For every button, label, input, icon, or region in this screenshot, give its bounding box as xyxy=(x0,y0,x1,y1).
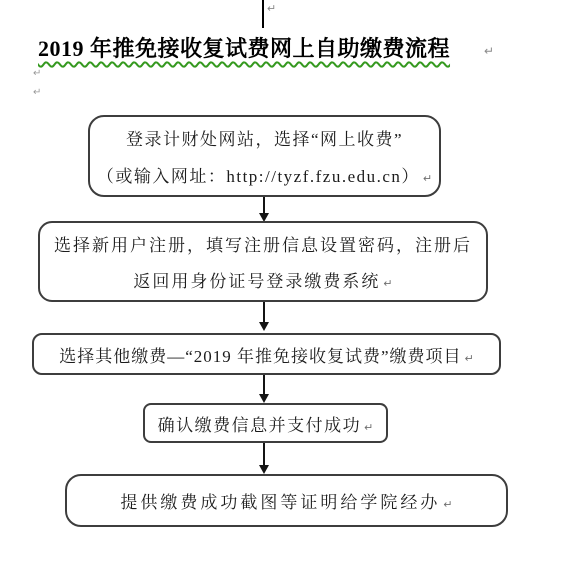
arrow-shaft xyxy=(263,375,265,394)
paragraph-mark-icon: ↵ xyxy=(383,278,392,290)
arrow-shaft xyxy=(263,197,265,213)
flow-arrow-down xyxy=(258,302,270,331)
flow-step-submit-proof: 提供缴费成功截图等证明给学院经办↵ xyxy=(65,474,508,527)
flow-arrow-down xyxy=(258,443,270,474)
paragraph-mark-icon: ↵ xyxy=(484,44,494,59)
paragraph-mark-icon: ↵ xyxy=(33,68,41,79)
paragraph-mark-icon: ↵ xyxy=(465,353,474,365)
flow-step-confirm-and-pay: 确认缴费信息并支付成功↵ xyxy=(143,403,388,443)
flow-arrow-down xyxy=(258,197,270,222)
flow-step-register-account: 选择新用户注册，填写注册信息设置密码，注册后 返回用身份证号登录缴费系统↵ xyxy=(38,221,488,302)
flow-step-text: （或输入网址：http://tyzf.fzu.edu.cn）↵ xyxy=(97,162,432,187)
flow-step-select-payment-item: 选择其他缴费—“2019 年推免接收复试费”缴费项目↵ xyxy=(32,333,501,375)
flow-step-text: 登录计财处网站，选择“网上收费” xyxy=(126,125,403,150)
text-cursor xyxy=(262,0,264,28)
flow-step-login-site: 登录计财处网站，选择“网上收费” （或输入网址：http://tyzf.fzu.… xyxy=(88,115,441,197)
arrow-head xyxy=(259,394,269,403)
flow-step-text: 返回用身份证号登录缴费系统↵ xyxy=(133,267,392,292)
flow-step-text: 确认缴费信息并支付成功↵ xyxy=(158,411,374,436)
flow-step-text: 选择新用户注册，填写注册信息设置密码，注册后 xyxy=(54,231,472,256)
flow-step-text: 提供缴费成功截图等证明给学院经办↵ xyxy=(120,488,452,513)
word-document-page: ↵ 2019 年推免接收复试费网上自助缴费流程 ↵ ↵ ↵ 登录计财处网站，选择… xyxy=(0,0,568,580)
arrow-shaft xyxy=(263,302,265,322)
arrow-head xyxy=(259,465,269,474)
paragraph-mark-icon: ↵ xyxy=(267,2,276,15)
paragraph-mark-icon: ↵ xyxy=(364,422,373,434)
paragraph-mark-icon: ↵ xyxy=(33,87,41,98)
arrow-shaft xyxy=(263,443,265,465)
paragraph-mark-icon: ↵ xyxy=(443,499,452,511)
page-title: 2019 年推免接收复试费网上自助缴费流程 xyxy=(38,32,450,63)
arrow-head xyxy=(259,322,269,331)
flow-step-text: 选择其他缴费—“2019 年推免接收复试费”缴费项目↵ xyxy=(59,342,474,367)
flow-arrow-down xyxy=(258,375,270,403)
paragraph-mark-icon: ↵ xyxy=(423,173,432,185)
